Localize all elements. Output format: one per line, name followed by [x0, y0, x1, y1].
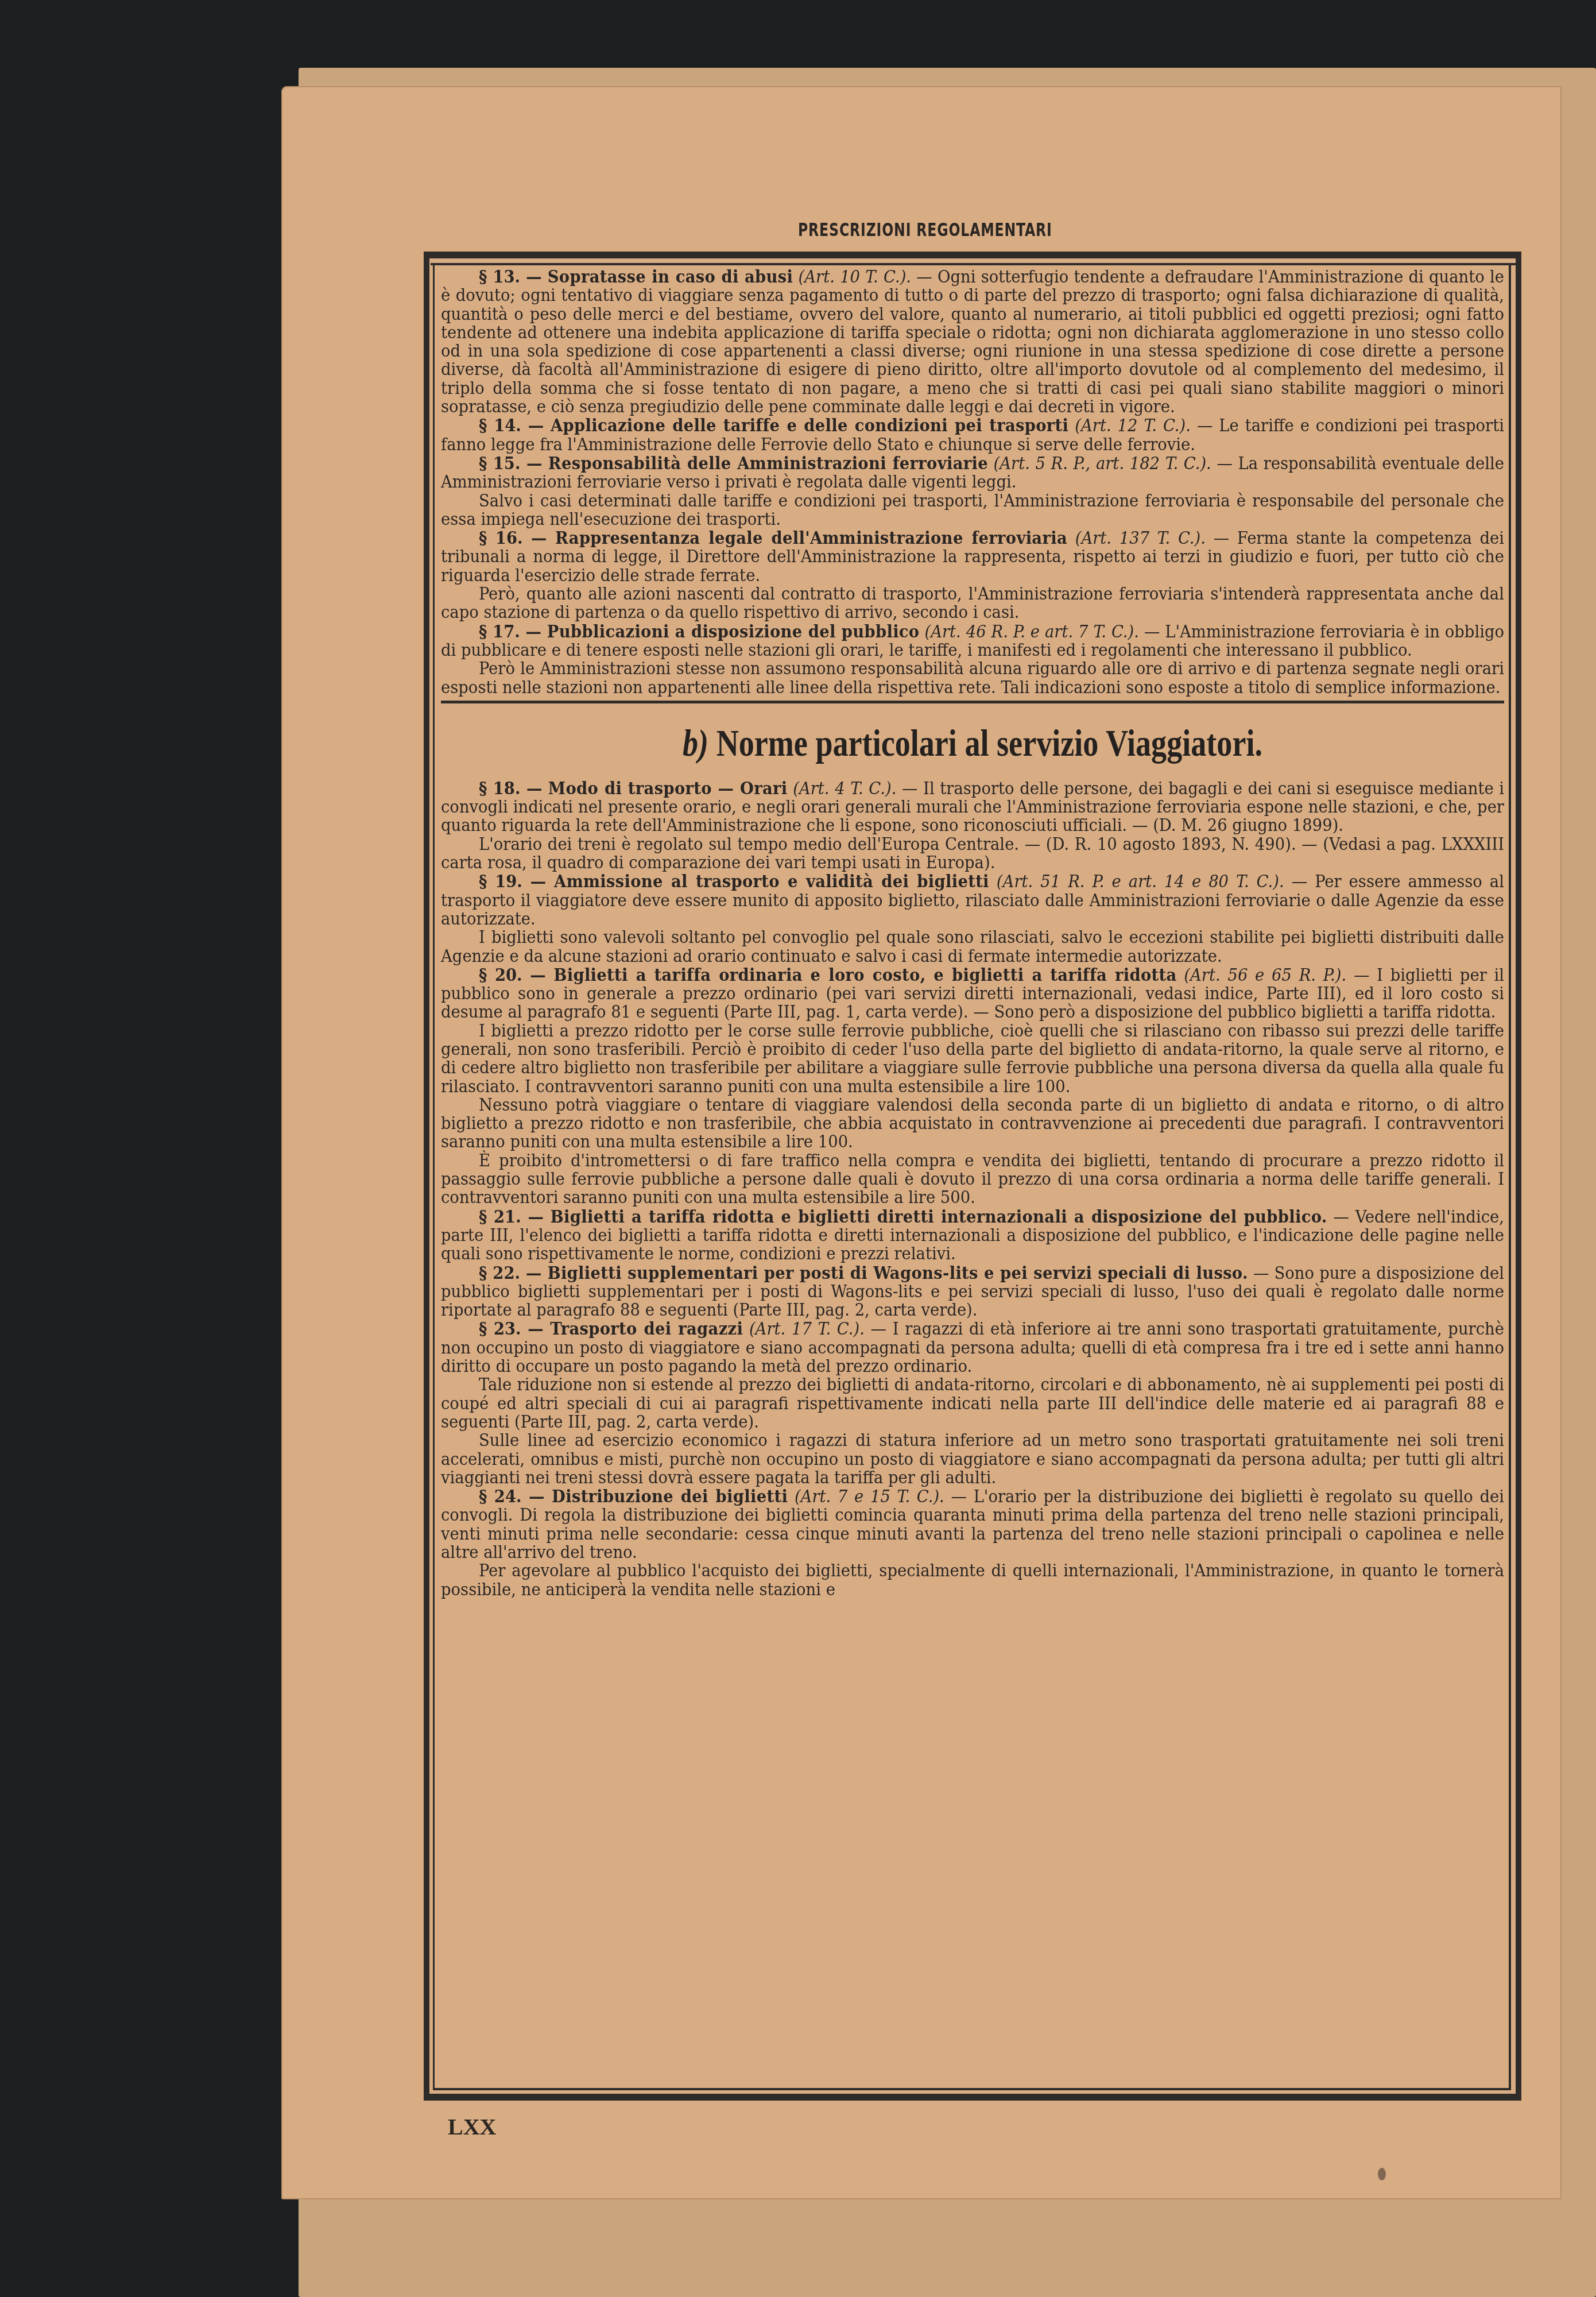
numbered-paragraph: § 24. — Distribuzione dei biglietti (Art… — [441, 1487, 1504, 1562]
frame-rule — [424, 252, 1521, 258]
paper-stain — [1378, 2168, 1386, 2180]
numbered-paragraph: § 22. — Biglietti supplementari per post… — [441, 1264, 1504, 1320]
paragraph-number: § 15. — — [479, 453, 548, 474]
paragraph-number: § 23. — — [479, 1318, 550, 1339]
numbered-paragraph: § 14. — Applicazione delle tariffe e del… — [441, 416, 1504, 454]
paragraph-title: Responsabilità delle Amministrazioni fer… — [548, 453, 988, 474]
paragraph: Nessuno potrà viaggiare o tentare di via… — [441, 1096, 1504, 1152]
paragraph-text: Tale riduzione non si estende al prezzo … — [441, 1375, 1504, 1432]
paragraph: Salvo i casi determinati dalle tariffe e… — [441, 492, 1504, 529]
article-reference: (Art. 5 R. P., art. 182 T. C.). — [994, 454, 1211, 474]
frame-rule — [1516, 252, 1521, 2101]
paragraph-number: § 16. — — [479, 528, 555, 548]
article-reference: (Art. 4 T. C.). — [793, 779, 896, 799]
numbered-paragraph: § 23. — Trasporto dei ragazzi (Art. 17 T… — [441, 1320, 1504, 1376]
paragraph-text: Per agevolare al pubblico l'acquisto dei… — [441, 1561, 1504, 1599]
page-body: § 13. — Sopratasse in caso di abusi (Art… — [441, 268, 1504, 1599]
paragraph-title: Rappresentanza legale dell'Amministrazio… — [555, 528, 1067, 548]
paragraph-text: È proibito d'intromettersi o di fare tra… — [441, 1151, 1504, 1208]
paragraph-text: Salvo i casi determinati dalle tariffe e… — [441, 491, 1504, 529]
paragraph-title: Distribuzione dei biglietti — [552, 1486, 788, 1507]
paragraph-text: L'orario dei treni è regolato sul tempo … — [441, 834, 1504, 873]
paragraph-number: § 14. — — [479, 415, 551, 436]
article-reference: (Art. 10 T. C.). — [799, 267, 912, 287]
article-reference: (Art. 12 T. C.). — [1075, 416, 1191, 436]
paragraph-number: § 19. — — [479, 871, 554, 892]
paragraph-text: I biglietti sono valevoli soltanto pel c… — [441, 927, 1504, 966]
numbered-paragraph: § 15. — Responsabilità delle Amministraz… — [441, 454, 1504, 492]
frame-rule — [424, 2094, 1521, 2101]
paragraph-number: § 21. — — [479, 1206, 551, 1227]
paragraph: Per agevolare al pubblico l'acquisto dei… — [441, 1562, 1504, 1599]
frame-rule — [424, 252, 429, 2096]
numbered-paragraph: § 19. — Ammissione al trasporto e validi… — [441, 872, 1504, 929]
running-head: PRESCRIZIONI REGOLAMENTARI — [798, 219, 1052, 241]
paragraph: Sulle linee ad esercizio economico i rag… — [441, 1432, 1504, 1487]
paragraph-text: Però le Amministrazioni stesse non assum… — [441, 659, 1504, 697]
section-heading: b) Norme particolari al servizio Viaggia… — [537, 721, 1409, 767]
numbered-paragraph: § 20. — Biglietti a tariffa ordinaria e … — [441, 966, 1504, 1022]
paragraph: Tale riduzione non si estende al prezzo … — [441, 1376, 1504, 1432]
paragraph-title: Modo di trasporto — Orari — [548, 778, 788, 799]
article-reference: (Art. 56 e 65 R. P.). — [1184, 965, 1346, 985]
page-number: LXX — [448, 2113, 496, 2140]
paragraph-number: § 17. — — [479, 621, 547, 642]
numbered-paragraph: § 21. — Biglietti a tariffa ridotta e bi… — [441, 1208, 1504, 1264]
article-reference: (Art. 51 R. P. e art. 14 e 80 T. C.). — [997, 872, 1284, 892]
frame-rule — [433, 263, 435, 2088]
paragraph-number: § 20. — — [479, 965, 553, 985]
frame-rule — [431, 263, 1517, 265]
paragraph: I biglietti sono valevoli soltanto pel c… — [441, 929, 1504, 966]
paragraph-title: Ammissione al trasporto e validità dei b… — [554, 871, 989, 892]
section-passenger-rules: § 18. — Modo di trasporto — Orari (Art. … — [441, 779, 1504, 1599]
paragraph: È proibito d'intromettersi o di fare tra… — [441, 1152, 1504, 1208]
paragraph-text: Ogni sotterfugio tendente a defraudare l… — [441, 267, 1504, 417]
article-reference: (Art. 7 e 15 T. C.). — [795, 1487, 944, 1507]
paragraph-number: § 13. — — [479, 266, 548, 287]
paragraph-number: § 22. — — [479, 1263, 547, 1283]
paragraph: I biglietti a prezzo ridotto per le cors… — [441, 1022, 1504, 1096]
numbered-paragraph: § 17. — Pubblicazioni a disposizione del… — [441, 622, 1504, 660]
paragraph-title: Biglietti supplementari per posti di Wag… — [547, 1263, 1248, 1283]
numbered-paragraph: § 18. — Modo di trasporto — Orari (Art. … — [441, 779, 1504, 836]
frame-rule — [1509, 263, 1511, 2090]
paragraph-title: Trasporto dei ragazzi — [550, 1318, 743, 1339]
paragraph-text: Però, quanto alle azioni nascenti dal co… — [441, 584, 1504, 622]
paragraph-title: Pubblicazioni a disposizione del pubblic… — [547, 621, 920, 642]
paragraph-title: Biglietti a tariffa ridotta e biglietti … — [551, 1206, 1327, 1227]
paragraph-text: I biglietti a prezzo ridotto per le cors… — [441, 1021, 1504, 1097]
paragraph: Però le Amministrazioni stesse non assum… — [441, 660, 1504, 697]
frame-rule — [433, 2088, 1511, 2090]
article-reference: (Art. 46 R. P. e art. 7 T. C.). — [924, 622, 1139, 642]
paragraph-number: § 18. — — [479, 778, 548, 799]
section-divider — [441, 701, 1504, 703]
paragraph-title: Applicazione delle tariffe e delle condi… — [551, 415, 1068, 436]
section-letter: b) — [683, 722, 708, 764]
numbered-paragraph: § 16. — Rappresentanza legale dell'Ammin… — [441, 529, 1504, 585]
numbered-paragraph: § 13. — Sopratasse in caso di abusi (Art… — [441, 268, 1504, 416]
section-title: Norme particolari al servizio Viaggiator… — [716, 722, 1262, 764]
paragraph: L'orario dei treni è regolato sul tempo … — [441, 836, 1504, 873]
paragraph-title: Sopratasse in caso di abusi — [548, 266, 793, 287]
paragraph: Però, quanto alle azioni nascenti dal co… — [441, 585, 1504, 622]
paragraph-text: Sulle linee ad esercizio economico i rag… — [441, 1430, 1504, 1488]
paragraph-title: Biglietti a tariffa ordinaria e loro cos… — [553, 965, 1176, 985]
article-reference: (Art. 17 T. C.). — [749, 1319, 865, 1339]
article-reference: (Art. 137 T. C.). — [1075, 528, 1206, 548]
section-general-provisions: § 13. — Sopratasse in caso di abusi (Art… — [441, 268, 1504, 697]
paragraph-text: Nessuno potrà viaggiare o tentare di via… — [441, 1095, 1504, 1153]
paragraph-number: § 24. — — [479, 1486, 552, 1507]
